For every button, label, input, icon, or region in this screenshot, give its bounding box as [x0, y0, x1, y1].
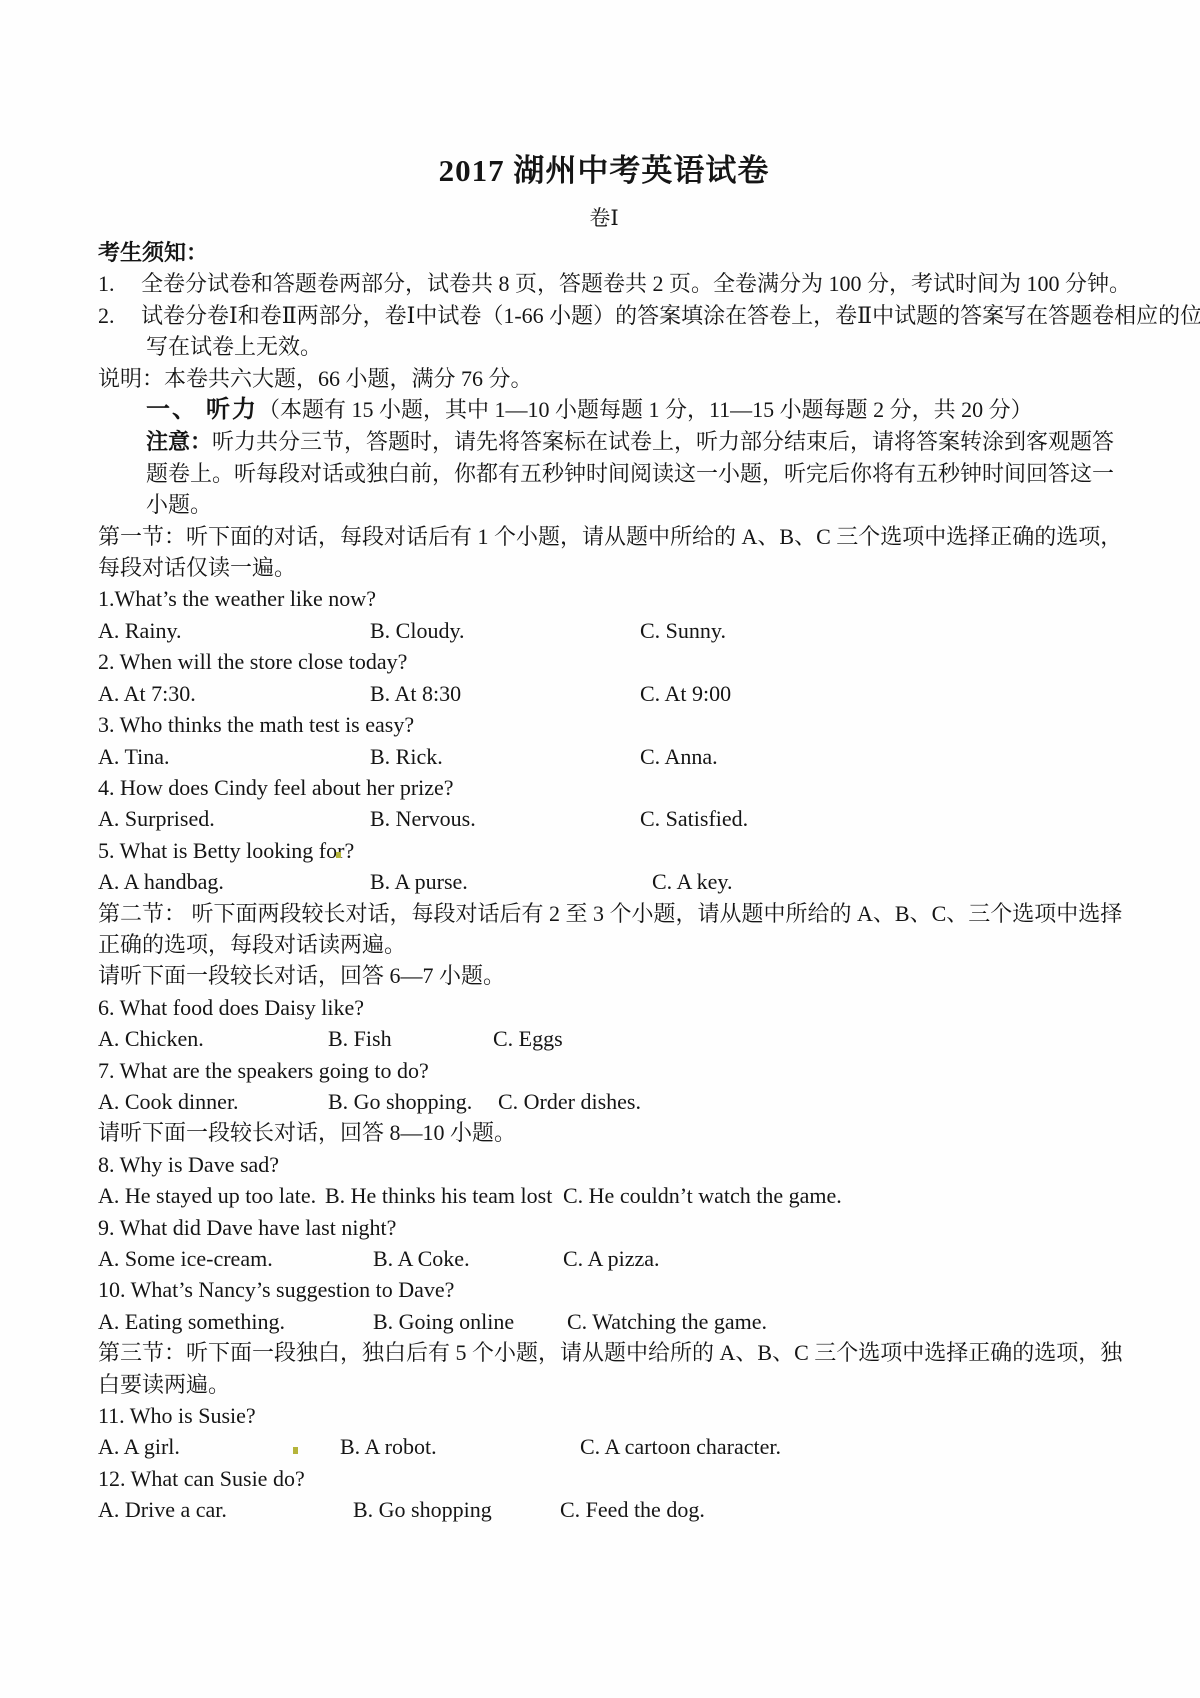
question-text: 4. How does Cindy feel about her prize? [98, 772, 1110, 803]
listening-note-line-3: 小题。 [146, 489, 1110, 520]
option-a: A. Tina. [98, 741, 370, 772]
question-text: 3. Who thinks the math test is easy? [98, 709, 1110, 740]
part1-instruction-line-2: 每段对话仅读一遍。 [98, 552, 1110, 583]
scan-artifact-dot [293, 1447, 298, 1454]
option-b: B. Rick. [370, 741, 640, 772]
option-c: C. He couldn’t watch the game. [563, 1180, 842, 1211]
exam-body: 考生须知： 1.全卷分试卷和答题卷两部分，试卷共 8 页，答题卷共 2 页。全卷… [98, 237, 1110, 1526]
listening-note-prefix: 注意： [146, 429, 212, 454]
dialogue-prompt-8-10: 请听下面一段较长对话，回答 8—10 小题。 [98, 1117, 1110, 1148]
question-text: 10. What’s Nancy’s suggestion to Dave? [98, 1274, 1110, 1305]
option-b: B. He thinks his team lost [325, 1180, 563, 1211]
part1-instruction-line-1: 第一节：听下面的对话，每段对话后有 1 个小题，请从题中所给的 A、B、C 三个… [98, 521, 1110, 552]
notice-item-text: 试卷分卷Ⅰ和卷Ⅱ两部分，卷Ⅰ中试卷（1-66 小题）的答案填涂在答卷上，卷Ⅱ中试… [141, 303, 1200, 328]
option-b: B. Cloudy. [370, 615, 640, 646]
question-text: 11. Who is Susie? [98, 1400, 1110, 1431]
options-row: A. A girl.B. A robot.C. A cartoon charac… [98, 1431, 1110, 1462]
notice-item-2-wrap: 写在试卷上无效。 [146, 331, 1110, 362]
option-a: A. At 7:30. [98, 678, 370, 709]
option-a: A. Rainy. [98, 615, 370, 646]
listening-note-line-2: 题卷上。听每段对话或独白前，你都有五秒钟时间阅读这一小题，听完后你将有五秒钟时间… [146, 458, 1110, 489]
option-a: A. Surprised. [98, 803, 370, 834]
option-a: A. A handbag. [98, 866, 370, 897]
option-c: C. A cartoon character. [580, 1431, 781, 1462]
option-a: A. Drive a car. [98, 1494, 353, 1525]
option-b: B. At 8:30 [370, 678, 640, 709]
option-c: C. A key. [652, 866, 732, 897]
page-title: 2017 湖州中考英语试卷 [98, 150, 1110, 192]
options-row: A. Chicken.B. FishC. Eggs [98, 1023, 1110, 1054]
notice-item-2: 2.试卷分卷Ⅰ和卷Ⅱ两部分，卷Ⅰ中试卷（1-66 小题）的答案填涂在答卷上，卷Ⅱ… [98, 300, 1110, 331]
option-c: C. A pizza. [563, 1243, 660, 1274]
option-b: B. Fish [328, 1023, 493, 1054]
notice-item-number: 1. [98, 268, 141, 299]
part2-instruction-line-2: 正确的选项，每段对话读两遍。 [98, 929, 1110, 960]
part3-instruction-line-2: 白要读两遍。 [98, 1369, 1110, 1400]
option-c: C. Order dishes. [498, 1086, 641, 1117]
option-c: C. Sunny. [640, 615, 726, 646]
question-text: 9. What did Dave have last night? [98, 1212, 1110, 1243]
option-a: A. Chicken. [98, 1023, 328, 1054]
options-row: A. At 7:30.B. At 8:30C. At 9:00 [98, 678, 1110, 709]
option-a: A. Some ice-cream. [98, 1243, 373, 1274]
notice-item-1: 1.全卷分试卷和答题卷两部分，试卷共 8 页，答题卷共 2 页。全卷满分为 10… [98, 268, 1110, 299]
options-row: A. He stayed up too late.B. He thinks hi… [98, 1180, 1110, 1211]
option-a: A. Cook dinner. [98, 1086, 328, 1117]
option-c: C. Feed the dog. [560, 1494, 705, 1525]
options-row: A. Some ice-cream.B. A Coke.C. A pizza. [98, 1243, 1110, 1274]
option-a: A. He stayed up too late. [98, 1180, 325, 1211]
part-label: 卷Ⅰ [98, 205, 1110, 231]
option-c: C. Eggs [493, 1023, 563, 1054]
option-c: C. At 9:00 [640, 678, 731, 709]
section-listening-heading: 一、 听力（本题有 15 小题，其中 1—10 小题每题 1 分，11—15 小… [146, 394, 1110, 426]
notice-item-number: 2. [98, 300, 141, 331]
option-b: B. Go shopping. [328, 1086, 498, 1117]
options-row: A. Tina.B. Rick.C. Anna. [98, 741, 1110, 772]
options-row: A. Drive a car.B. Go shoppingC. Feed the… [98, 1494, 1110, 1525]
section-listening-heading-rest: （本题有 15 小题，其中 1—10 小题每题 1 分，11—15 小题每题 2… [258, 397, 1033, 422]
question-text: 1.What’s the weather like now? [98, 583, 1110, 614]
listening-note-text: 听力共分三节，答题时，请先将答案标在试卷上，听力部分结束后，请将答案转涂到客观题… [212, 429, 1114, 454]
option-c: C. Satisfied. [640, 803, 748, 834]
dialogue-prompt-6-7: 请听下面一段较长对话，回答 6—7 小题。 [98, 960, 1110, 991]
question-text: 12. What can Susie do? [98, 1463, 1110, 1494]
option-b: B. Go shopping [353, 1494, 560, 1525]
question-text: 7. What are the speakers going to do? [98, 1055, 1110, 1086]
options-row: A. Eating something.B. Going onlineC. Wa… [98, 1306, 1110, 1337]
question-text: 5. What is Betty looking for? [98, 835, 1110, 866]
option-b: B. A Coke. [373, 1243, 563, 1274]
listening-note-line-1: 注意：听力共分三节，答题时，请先将答案标在试卷上，听力部分结束后，请将答案转涂到… [146, 426, 1110, 457]
options-row: A. Rainy.B. Cloudy.C. Sunny. [98, 615, 1110, 646]
option-c: C. Watching the game. [567, 1306, 767, 1337]
exam-description: 说明：本卷共六大题，66 小题，满分 76 分。 [98, 363, 1110, 394]
question-text: 2. When will the store close today? [98, 646, 1110, 677]
option-b: B. A robot. [340, 1431, 580, 1462]
notice-item-text: 全卷分试卷和答题卷两部分，试卷共 8 页，答题卷共 2 页。全卷满分为 100 … [141, 271, 1131, 296]
option-b: B. Nervous. [370, 803, 640, 834]
options-row: A. A handbag.B. A purse.C. A key. [98, 866, 1110, 897]
part3-instruction-line-1: 第三节：听下面一段独白，独白后有 5 个小题，请从题中给所的 A、B、C 三个选… [98, 1337, 1110, 1368]
option-a: A. A girl. [98, 1431, 340, 1462]
part2-instruction-line-1: 第二节： 听下面两段较长对话，每段对话后有 2 至 3 个小题，请从题中所给的 … [98, 898, 1110, 929]
question-text: 6. What food does Daisy like? [98, 992, 1110, 1023]
section-listening-heading-bold: 一、 听力 [146, 397, 258, 423]
question-text: 8. Why is Dave sad? [98, 1149, 1110, 1180]
option-a: A. Eating something. [98, 1306, 373, 1337]
options-row: A. Surprised.B. Nervous.C. Satisfied. [98, 803, 1110, 834]
exam-page: 2017 湖州中考英语试卷 卷Ⅰ 考生须知： 1.全卷分试卷和答题卷两部分，试卷… [0, 0, 1200, 1698]
questions-1-5: 1.What’s the weather like now?A. Rainy.B… [98, 583, 1110, 897]
option-b: B. A purse. [370, 866, 652, 897]
notice-heading: 考生须知： [98, 237, 1110, 268]
options-row: A. Cook dinner.B. Go shopping.C. Order d… [98, 1086, 1110, 1117]
questions-11-12: 11. Who is Susie?A. A girl.B. A robot.C.… [98, 1400, 1110, 1526]
option-b: B. Going online [373, 1306, 567, 1337]
option-c: C. Anna. [640, 741, 718, 772]
scan-artifact-dot [336, 852, 341, 858]
questions-6-7: 6. What food does Daisy like?A. Chicken.… [98, 992, 1110, 1118]
questions-8-10: 8. Why is Dave sad?A. He stayed up too l… [98, 1149, 1110, 1337]
